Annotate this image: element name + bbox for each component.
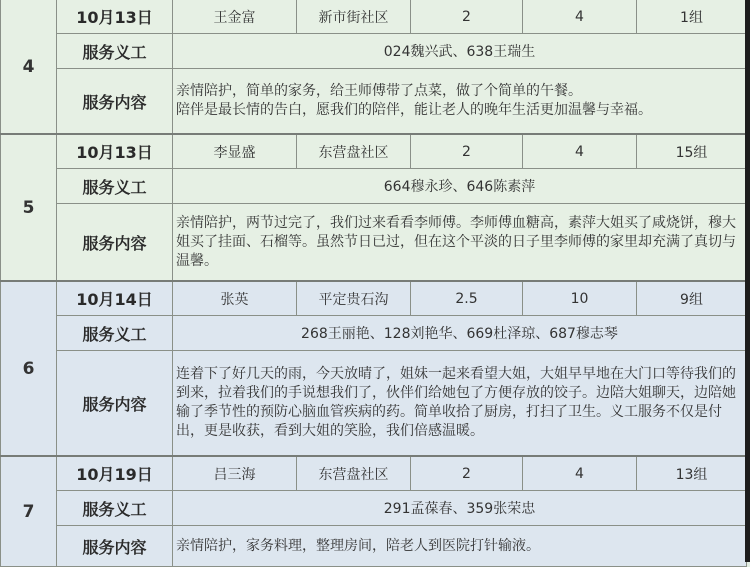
content-label: 服务内容 (57, 351, 173, 457)
service-date: 10月19日 (57, 456, 173, 491)
content-row: 服务内容 亲情陪护，家务料理，整理房间，陪老人到医院打针输液。 (1, 526, 747, 563)
service-record-table: 4 10月13日 王金富 新市街社区 2 4 1组 服务义工 024魏兴武、63… (0, 0, 747, 562)
record-main-row: 6 10月14日 张英 平定贵石沟 2.5 10 9组 (1, 281, 747, 316)
service-date: 10月13日 (57, 0, 173, 34)
record-number: 5 (1, 134, 57, 281)
record-number: 7 (1, 456, 57, 562)
content-label: 服务内容 (57, 69, 173, 135)
service-date: 10月13日 (57, 134, 173, 169)
service-hours: 2 (411, 134, 523, 169)
community: 东营盘社区 (297, 134, 411, 169)
content-value: 亲情陪护，简单的家务，给王师傅带了点菜，做了个简单的午餐。陪伴是最长情的告白，愿… (173, 69, 747, 135)
group: 15组 (637, 134, 747, 169)
service-hours: 2 (411, 0, 523, 34)
volunteers-row: 服务义工 024魏兴武、638王瑞生 (1, 34, 747, 69)
volunteers-value: 664穆永珍、646陈素萍 (173, 169, 747, 204)
elder-name: 吕三海 (173, 456, 297, 491)
record-number: 6 (1, 281, 57, 456)
volunteers-value: 268王丽艳、128刘艳华、669杜泽琼、687穆志琴 (173, 316, 747, 351)
volunteers-label: 服务义工 (57, 34, 173, 69)
content-row: 服务内容 亲情陪护，简单的家务，给王师傅带了点菜，做了个简单的午餐。陪伴是最长情… (1, 69, 747, 135)
volunteers-row: 服务义工 268王丽艳、128刘艳华、669杜泽琼、687穆志琴 (1, 316, 747, 351)
service-date: 10月14日 (57, 281, 173, 316)
service-value: 4 (523, 0, 637, 34)
group: 9组 (637, 281, 747, 316)
group: 13组 (637, 456, 747, 491)
volunteers-value: 291孟葆春、359张荣忠 (173, 491, 747, 526)
community: 新市街社区 (297, 0, 411, 34)
record-main-row: 7 10月19日 吕三海 东营盘社区 2 4 13组 (1, 456, 747, 491)
service-hours: 2.5 (411, 281, 523, 316)
service-value: 10 (523, 281, 637, 316)
record-main-row: 4 10月13日 王金富 新市街社区 2 4 1组 (1, 0, 747, 34)
elder-name: 王金富 (173, 0, 297, 34)
volunteers-label: 服务义工 (57, 169, 173, 204)
content-value: 连着下了好几天的雨，今天放晴了，姐妹一起来看望大姐，大姐早早地在大门口等待我们的… (173, 351, 747, 457)
group: 1组 (637, 0, 747, 34)
elder-name: 李显盛 (173, 134, 297, 169)
community: 东营盘社区 (297, 456, 411, 491)
volunteers-label: 服务义工 (57, 491, 173, 526)
volunteers-label: 服务义工 (57, 316, 173, 351)
volunteers-row: 服务义工 291孟葆春、359张荣忠 (1, 491, 747, 526)
content-label: 服务内容 (57, 204, 173, 282)
elder-name: 张英 (173, 281, 297, 316)
content-label: 服务内容 (57, 526, 173, 563)
service-value: 4 (523, 456, 637, 491)
record-main-row: 5 10月13日 李显盛 东营盘社区 2 4 15组 (1, 134, 747, 169)
content-value: 亲情陪护，家务料理，整理房间，陪老人到医院打针输液。 (173, 526, 747, 563)
service-value: 4 (523, 134, 637, 169)
volunteers-value: 024魏兴武、638王瑞生 (173, 34, 747, 69)
content-row: 服务内容 连着下了好几天的雨，今天放晴了，姐妹一起来看望大姐，大姐早早地在大门口… (1, 351, 747, 457)
service-hours: 2 (411, 456, 523, 491)
volunteers-row: 服务义工 664穆永珍、646陈素萍 (1, 169, 747, 204)
window-edge (745, 0, 750, 562)
community: 平定贵石沟 (297, 281, 411, 316)
content-value: 亲情陪护，两节过完了，我们过来看看李师傅。李师傅血糖高，素萍大姐买了咸烧饼，穆大… (173, 204, 747, 282)
record-number: 4 (1, 0, 57, 134)
content-row: 服务内容 亲情陪护，两节过完了，我们过来看看李师傅。李师傅血糖高，素萍大姐买了咸… (1, 204, 747, 282)
